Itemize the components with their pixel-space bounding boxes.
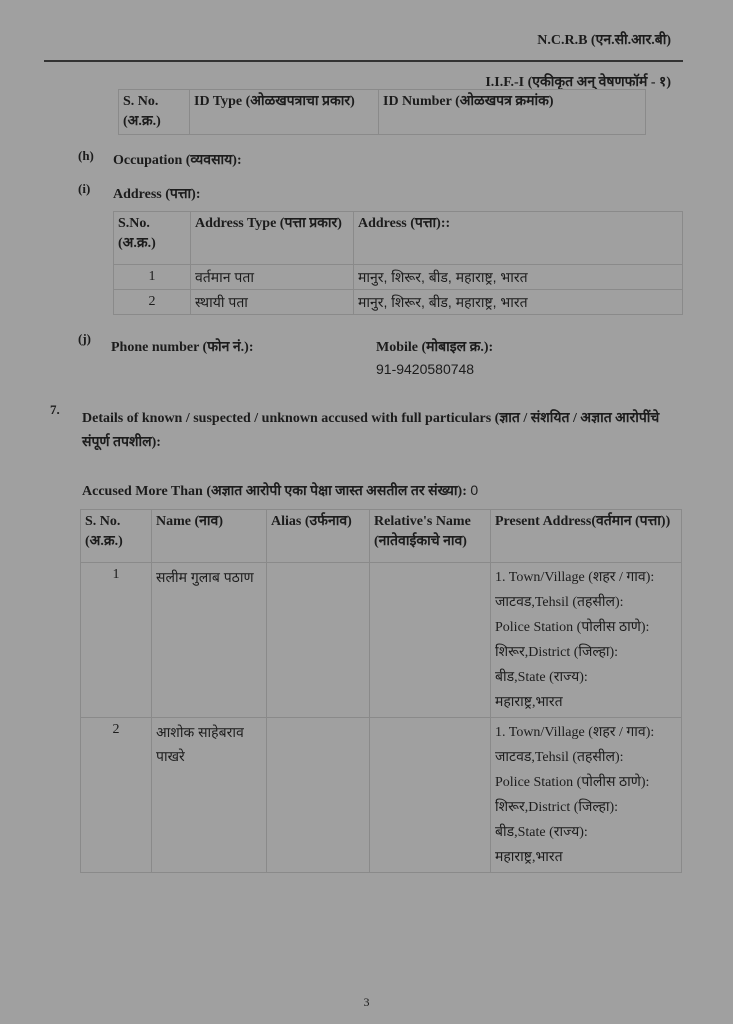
accused-more-row: Accused More Than (अज्ञात आरोपी एका पेक्…: [82, 481, 478, 500]
acc-alias: [267, 563, 370, 718]
section7-number: 7.: [50, 402, 60, 418]
header-divider: [44, 60, 683, 62]
occupation-label: Occupation (व्यवसाय):: [113, 150, 242, 169]
addr-line: 1. Town/Village (शहर / गाव):: [495, 720, 677, 745]
addr-line: बीड,State (राज्य):: [495, 665, 677, 690]
addr-sno: 1: [114, 265, 191, 290]
section7-title: Details of known / suspected / unknown a…: [82, 407, 682, 455]
accused-header-row: S. No. (अ.क्र.) Name (नाव) Alias (उर्फना…: [81, 510, 682, 563]
acc-relative: [370, 718, 491, 873]
phone-label: Phone number (फोन नं.):: [111, 337, 253, 356]
accused-table: S. No. (अ.क्र.) Name (नाव) Alias (उर्फना…: [80, 509, 682, 873]
address-label: Address (पत्ता):: [113, 184, 201, 203]
acc-header-address: Present Address(वर्तमान (पत्ता)): [491, 510, 682, 563]
addr-line: महाराष्ट्र,भारत: [495, 690, 677, 715]
acc-header-alias: Alias (उर्फनाव): [267, 510, 370, 563]
table-row: 2 स्थायी पता मानुर, शिरूर, बीड, महाराष्ट…: [114, 290, 683, 315]
acc-header-relative: Relative's Name (नातेवाईकाचे नाव): [370, 510, 491, 563]
acc-sno: 1: [81, 563, 152, 718]
acc-relative: [370, 563, 491, 718]
id-header-number: ID Number (ओळखपत्र क्रमांक): [379, 90, 646, 135]
addr-line: Police Station (पोलीस ठाणे):: [495, 615, 677, 640]
addr-value: मानुर, शिरूर, बीड, महाराष्ट्र, भारत: [354, 290, 683, 315]
table-row: 1 सलीम गुलाब पठाण 1. Town/Village (शहर /…: [81, 563, 682, 718]
address-table: S.No. (अ.क्र.) Address Type (पत्ता प्रका…: [113, 211, 683, 315]
occupation-marker: (h): [78, 148, 94, 164]
table-row: 2 आशोक साहेबराव पाखरे 1. Town/Village (श…: [81, 718, 682, 873]
addr-type: स्थायी पता: [191, 290, 354, 315]
addr-line: Police Station (पोलीस ठाणे):: [495, 770, 677, 795]
addr-line: 1. Town/Village (शहर / गाव):: [495, 565, 677, 590]
acc-name: सलीम गुलाब पठाण: [152, 563, 267, 718]
acc-address: 1. Town/Village (शहर / गाव): जाटवड,Tehsi…: [491, 563, 682, 718]
accused-more-label: Accused More Than (अज्ञात आरोपी एका पेक्…: [82, 484, 467, 499]
addr-line: शिरूर,District (जिल्हा):: [495, 795, 677, 820]
address-header-row: S.No. (अ.क्र.) Address Type (पत्ता प्रका…: [114, 212, 683, 265]
acc-header-name: Name (नाव): [152, 510, 267, 563]
page-number: 3: [0, 995, 733, 1010]
mobile-value: 91-9420580748: [376, 361, 474, 377]
mobile-label: Mobile (मोबाइल क्र.):: [376, 337, 493, 356]
acc-name: आशोक साहेबराव पाखरे: [152, 718, 267, 873]
acc-header-sno: S. No. (अ.क्र.): [81, 510, 152, 563]
addr-line: बीड,State (राज्य):: [495, 820, 677, 845]
phone-marker: (j): [78, 331, 91, 347]
acc-address: 1. Town/Village (शहर / गाव): जाटवड,Tehsi…: [491, 718, 682, 873]
id-table-header-row: S. No. (अ.क्र.) ID Type (ओळखपत्राचा प्रक…: [119, 90, 646, 135]
addr-header-sno: S.No. (अ.क्र.): [114, 212, 191, 265]
addr-header-type: Address Type (पत्ता प्रकार): [191, 212, 354, 265]
addr-line: जाटवड,Tehsil (तहसील):: [495, 590, 677, 615]
addr-line: जाटवड,Tehsil (तहसील):: [495, 745, 677, 770]
acc-sno: 2: [81, 718, 152, 873]
id-header-type: ID Type (ओळखपत्राचा प्रकार): [190, 90, 379, 135]
addr-sno: 2: [114, 290, 191, 315]
addr-type: वर्तमान पता: [191, 265, 354, 290]
acc-alias: [267, 718, 370, 873]
ncrb-header: N.C.R.B (एन.सी.आर.बी): [537, 30, 671, 49]
table-row: 1 वर्तमान पता मानुर, शिरूर, बीड, महाराष्…: [114, 265, 683, 290]
addr-line: महाराष्ट्र,भारत: [495, 845, 677, 870]
addr-header-address: Address (पत्ता)::: [354, 212, 683, 265]
address-marker: (i): [78, 181, 90, 197]
id-table: S. No. (अ.क्र.) ID Type (ओळखपत्राचा प्रक…: [118, 89, 646, 135]
addr-line: शिरूर,District (जिल्हा):: [495, 640, 677, 665]
addr-value: मानुर, शिरूर, बीड, महाराष्ट्र, भारत: [354, 265, 683, 290]
id-header-sno: S. No. (अ.क्र.): [119, 90, 190, 135]
accused-more-value: 0: [470, 482, 478, 498]
